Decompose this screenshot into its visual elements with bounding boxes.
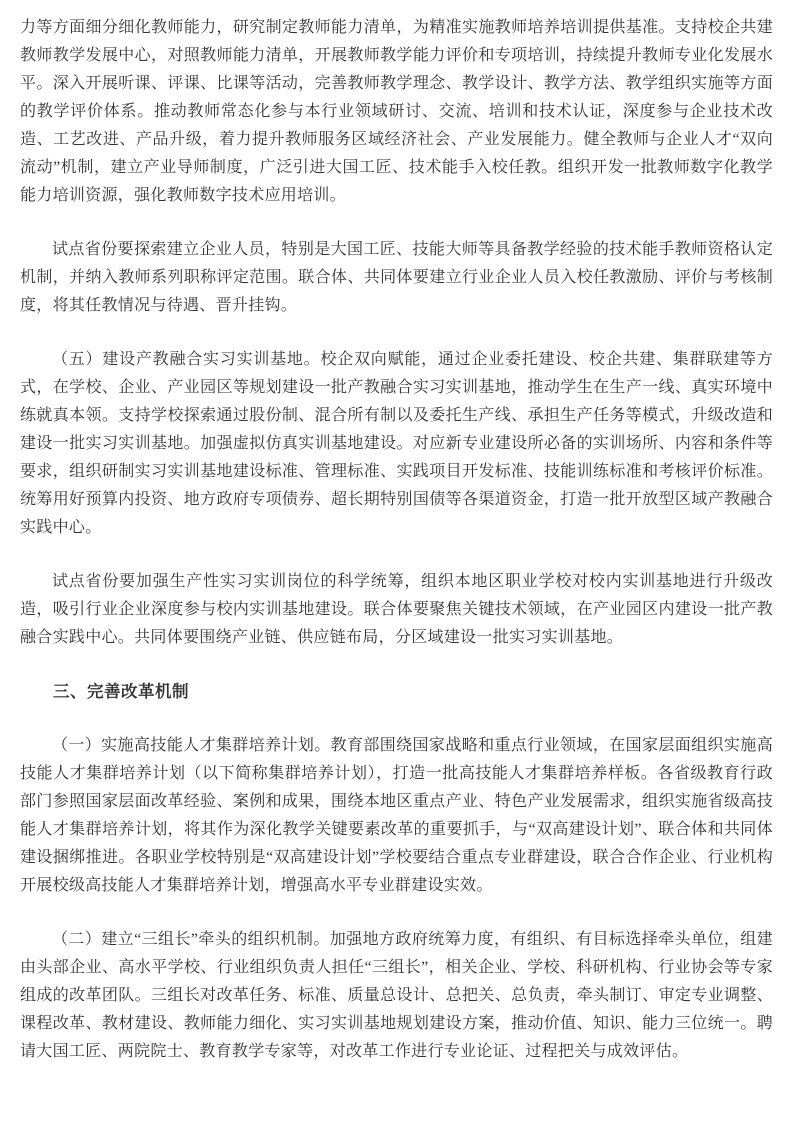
paragraph-teacher-ability-continuation: 力等方面细分细化教师能力，研究制定教师能力清单，为精准实施教师培养培训提供基准。… (20, 14, 773, 210)
paragraph-item5-training-bases: （五）建设产教融合实习实训基地。校企双向赋能，通过企业委托建设、校企共建、集群联… (20, 346, 773, 542)
paragraph-pilot-province-teacher-qualification: 试点省份要探索建立企业人员，特别是大国工匠、技能大师等具备教学经验的技术能手教师… (20, 236, 773, 320)
paragraph-item1-talent-cluster-plan: （一）实施高技能人才集群培养计划。教育部围绕国家战略和重点行业领域，在国家层面组… (20, 732, 773, 900)
section-heading-reform-mechanism: 三、完善改革机制 (20, 678, 773, 706)
paragraph-pilot-province-training-bases: 试点省份要加强生产性实习实训岗位的科学统筹，组织本地区职业学校对校内实训基地进行… (20, 568, 773, 652)
document-page: 力等方面细分细化教师能力，研究制定教师能力清单，为精准实施教师培养培训提供基准。… (0, 0, 793, 1122)
paragraph-item2-three-group-leaders: （二）建立“三组长”牵头的组织机制。加强地方政府统筹力度，有组织、有目标选择牵头… (20, 926, 773, 1066)
